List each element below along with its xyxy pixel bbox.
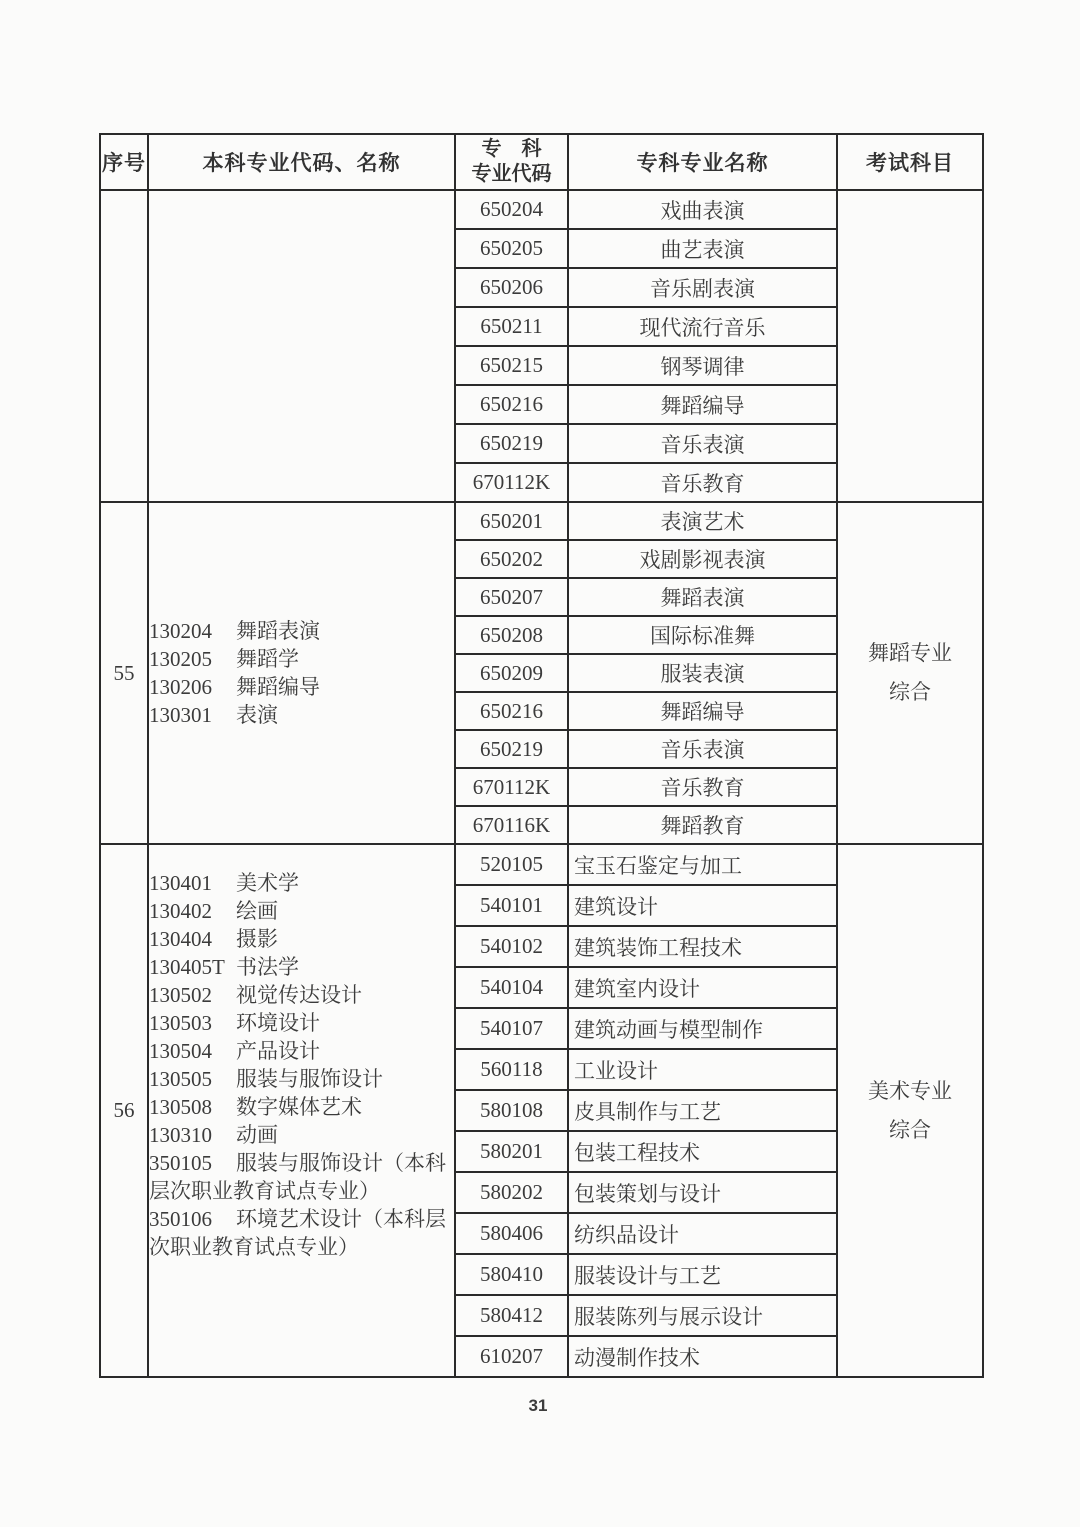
undergrad-major-line: 130310动画	[149, 1121, 454, 1149]
undergrad-major-name: 舞蹈编导	[236, 675, 320, 699]
undergrad-major-name: 书法学	[236, 955, 299, 979]
junior-code-cell: 650215	[455, 346, 568, 385]
junior-code-cell: 650211	[455, 307, 568, 346]
undergrad-major-line: 130405T书法学	[149, 953, 454, 981]
junior-code-cell: 650205	[455, 229, 568, 268]
seq-cell: 55	[100, 502, 148, 844]
undergrad-major-code: 130301	[149, 701, 236, 729]
undergrad-major-code: 130508	[149, 1093, 236, 1121]
table-row: 56130401美术学130402绘画130404摄影130405T书法学130…	[100, 844, 983, 885]
undergrad-major-name: 视觉传达设计	[236, 983, 362, 1007]
undergrad-major-line: 350105服装与服饰设计（本科层次职业教育试点专业）	[149, 1149, 454, 1205]
undergrad-major-name: 舞蹈学	[236, 647, 299, 671]
junior-name-cell: 建筑设计	[568, 885, 837, 926]
undergrad-major-code: 130206	[149, 673, 236, 701]
junior-code-cell: 520105	[455, 844, 568, 885]
junior-code-cell: 580412	[455, 1295, 568, 1336]
junior-name-cell: 音乐表演	[568, 424, 837, 463]
junior-name-cell: 音乐剧表演	[568, 268, 837, 307]
undergrad-major-name: 服装与服饰设计	[236, 1067, 383, 1091]
undergrad-major-code: 130404	[149, 925, 236, 953]
junior-code-cell: 580406	[455, 1213, 568, 1254]
junior-code-cell: 650219	[455, 424, 568, 463]
undergrad-majors-cell: 130401美术学130402绘画130404摄影130405T书法学13050…	[148, 844, 455, 1377]
junior-code-cell: 650208	[455, 616, 568, 654]
seq-cell	[100, 190, 148, 502]
header-exam-subjects: 考试科目	[837, 134, 983, 190]
undergrad-major-line: 350106环境艺术设计（本科层次职业教育试点专业）	[149, 1205, 454, 1261]
junior-name-cell: 钢琴调律	[568, 346, 837, 385]
table-header-row: 序号 本科专业代码、名称 专 科 专业代码 专科专业名称 考试科目	[100, 134, 983, 190]
undergrad-major-code: 350105	[149, 1149, 236, 1177]
undergrad-major-name: 产品设计	[236, 1039, 320, 1063]
junior-code-cell: 650201	[455, 502, 568, 540]
junior-code-cell: 540101	[455, 885, 568, 926]
junior-name-cell: 音乐教育	[568, 768, 837, 806]
junior-code-cell: 650219	[455, 730, 568, 768]
junior-name-cell: 建筑室内设计	[568, 967, 837, 1008]
exam-subject-line: 综合	[838, 673, 982, 712]
junior-name-cell: 宝玉石鉴定与加工	[568, 844, 837, 885]
header-undergrad-majors: 本科专业代码、名称	[148, 134, 455, 190]
undergrad-major-code: 130402	[149, 897, 236, 925]
undergrad-major-name: 摄影	[236, 927, 278, 951]
junior-name-cell: 舞蹈编导	[568, 692, 837, 730]
seq-cell: 56	[100, 844, 148, 1377]
exam-subject-line: 综合	[838, 1111, 982, 1150]
exam-subject-line: 美术专业	[838, 1072, 982, 1111]
undergrad-major-line: 130206舞蹈编导	[149, 673, 454, 701]
undergrad-major-code: 350106	[149, 1205, 236, 1233]
undergrad-major-name: 绘画	[236, 899, 278, 923]
undergrad-major-line: 130301表演	[149, 701, 454, 729]
junior-code-cell: 650209	[455, 654, 568, 692]
undergrad-major-line: 130503环境设计	[149, 1009, 454, 1037]
junior-code-cell: 650204	[455, 190, 568, 229]
exam-subject-line: 舞蹈专业	[838, 634, 982, 673]
junior-name-cell: 舞蹈编导	[568, 385, 837, 424]
junior-name-cell: 动漫制作技术	[568, 1336, 837, 1377]
table-body: 650204戏曲表演650205曲艺表演650206音乐剧表演650211现代流…	[100, 190, 983, 1377]
undergrad-major-name: 表演	[236, 703, 278, 727]
undergrad-major-line: 130508数字媒体艺术	[149, 1093, 454, 1121]
junior-code-cell: 650216	[455, 385, 568, 424]
undergrad-major-line: 130502视觉传达设计	[149, 981, 454, 1009]
undergrad-major-name: 环境设计	[236, 1011, 320, 1035]
junior-name-cell: 音乐教育	[568, 463, 837, 502]
table-row: 650204戏曲表演	[100, 190, 983, 229]
junior-name-cell: 服装设计与工艺	[568, 1254, 837, 1295]
junior-name-cell: 皮具制作与工艺	[568, 1090, 837, 1131]
undergrad-major-code: 130310	[149, 1121, 236, 1149]
undergrad-major-line: 130402绘画	[149, 897, 454, 925]
junior-code-cell: 540102	[455, 926, 568, 967]
junior-code-cell: 580410	[455, 1254, 568, 1295]
junior-code-cell: 670116K	[455, 806, 568, 844]
junior-name-cell: 舞蹈教育	[568, 806, 837, 844]
undergrad-major-name: 数字媒体艺术	[236, 1095, 362, 1119]
junior-name-cell: 音乐表演	[568, 730, 837, 768]
junior-name-cell: 包装策划与设计	[568, 1172, 837, 1213]
header-junior-code: 专 科 专业代码	[455, 134, 568, 190]
junior-name-cell: 服装表演	[568, 654, 837, 692]
junior-code-cell: 580202	[455, 1172, 568, 1213]
undergrad-major-line: 130404摄影	[149, 925, 454, 953]
junior-code-cell: 670112K	[455, 463, 568, 502]
table-row: 55130204舞蹈表演130205舞蹈学130206舞蹈编导130301表演6…	[100, 502, 983, 540]
junior-code-cell: 650207	[455, 578, 568, 616]
junior-name-cell: 国际标准舞	[568, 616, 837, 654]
junior-name-cell: 服装陈列与展示设计	[568, 1295, 837, 1336]
header-junior-code-line1: 专 科	[456, 137, 567, 162]
junior-name-cell: 建筑动画与模型制作	[568, 1008, 837, 1049]
junior-name-cell: 包装工程技术	[568, 1131, 837, 1172]
junior-code-cell: 560118	[455, 1049, 568, 1090]
junior-name-cell: 工业设计	[568, 1049, 837, 1090]
exam-subject-cell: 舞蹈专业综合	[837, 502, 983, 844]
undergrad-majors-cell	[148, 190, 455, 502]
exam-subject-cell: 美术专业综合	[837, 844, 983, 1377]
undergrad-major-name: 动画	[236, 1123, 278, 1147]
junior-name-cell: 曲艺表演	[568, 229, 837, 268]
undergrad-major-line: 130505服装与服饰设计	[149, 1065, 454, 1093]
header-junior-name: 专科专业名称	[568, 134, 837, 190]
undergrad-major-line: 130205舞蹈学	[149, 645, 454, 673]
junior-name-cell: 现代流行音乐	[568, 307, 837, 346]
junior-name-cell: 戏剧影视表演	[568, 540, 837, 578]
majors-table: 序号 本科专业代码、名称 专 科 专业代码 专科专业名称 考试科目 650204…	[99, 133, 984, 1378]
undergrad-major-line: 130504产品设计	[149, 1037, 454, 1065]
undergrad-major-code: 130505	[149, 1065, 236, 1093]
junior-name-cell: 舞蹈表演	[568, 578, 837, 616]
junior-name-cell: 建筑装饰工程技术	[568, 926, 837, 967]
junior-code-cell: 540107	[455, 1008, 568, 1049]
exam-subject-cell	[837, 190, 983, 502]
junior-code-cell: 610207	[455, 1336, 568, 1377]
undergrad-major-code: 130205	[149, 645, 236, 673]
undergrad-major-code: 130405T	[149, 953, 236, 981]
undergrad-major-code: 130204	[149, 617, 236, 645]
junior-name-cell: 表演艺术	[568, 502, 837, 540]
junior-code-cell: 650216	[455, 692, 568, 730]
undergrad-major-line: 130401美术学	[149, 869, 454, 897]
undergrad-major-code: 130504	[149, 1037, 236, 1065]
undergrad-major-code: 130503	[149, 1009, 236, 1037]
undergrad-major-name: 舞蹈表演	[236, 619, 320, 643]
undergrad-major-line: 130204舞蹈表演	[149, 617, 454, 645]
junior-code-cell: 650206	[455, 268, 568, 307]
undergrad-major-code: 130401	[149, 869, 236, 897]
junior-code-cell: 580201	[455, 1131, 568, 1172]
junior-name-cell: 戏曲表演	[568, 190, 837, 229]
undergrad-major-code: 130502	[149, 981, 236, 1009]
junior-code-cell: 540104	[455, 967, 568, 1008]
junior-code-cell: 650202	[455, 540, 568, 578]
undergrad-major-name: 美术学	[236, 871, 299, 895]
header-junior-code-line2: 专业代码	[456, 162, 567, 187]
junior-code-cell: 580108	[455, 1090, 568, 1131]
undergrad-majors-cell: 130204舞蹈表演130205舞蹈学130206舞蹈编导130301表演	[148, 502, 455, 844]
header-seq: 序号	[100, 134, 148, 190]
junior-name-cell: 纺织品设计	[568, 1213, 837, 1254]
junior-code-cell: 670112K	[455, 768, 568, 806]
page-number: 31	[0, 1396, 1076, 1416]
